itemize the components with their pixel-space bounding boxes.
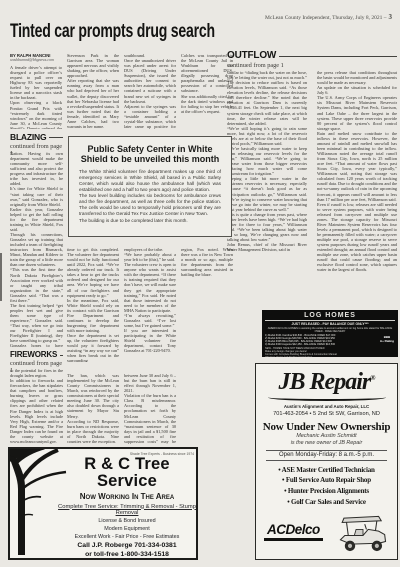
business-name: R & C Tree Service: [58, 456, 196, 491]
article-text: A female driver’s attempt to disregard a…: [10, 65, 62, 129]
blazing-continuation: time to get this completed. The voluntee…: [67, 247, 233, 362]
fireworks-column-2: The ban, which was implemented by the Mc…: [67, 373, 119, 445]
blazing-column: Nation. Having its own department would …: [10, 151, 63, 347]
bullet-item: • Golf Car Sales and Service: [256, 497, 397, 508]
ad-headline: Now Under New Ownership: [256, 421, 397, 433]
service-line: Complete Tree Service: Trimming & Remova…: [58, 504, 196, 516]
bullet-item: • ASE Master Certified Technician: [256, 465, 397, 476]
masthead-text: McLean County Independent, Thursday, Jul…: [265, 15, 386, 21]
box-headline: Public Safety Center in White Shield to …: [79, 144, 221, 165]
phone-number-tollfree: or toll-free 1-800-334-1518: [58, 551, 196, 558]
outflow-jump-header: OUTFLOW continued from page 1: [227, 50, 397, 69]
tinted-column-4: Calches was transported to the McLean Co…: [181, 53, 233, 129]
service-line: Modern Equipment: [58, 526, 196, 532]
log-homes-ad: LOG HOMES JUST RELEASED - PAY BALANCE DU…: [262, 310, 398, 357]
ad-content: Shade Tree Experts - Business since 1974…: [58, 451, 196, 560]
ad-subtitle: JUST RELEASED - PAY BALANCE DUE ONLY***: [265, 322, 395, 326]
registered-mark: ®: [370, 374, 374, 382]
rc-tree-service-ad: Shade Tree Experts - Business since 1974…: [8, 447, 198, 560]
masthead: McLean County Independent, Thursday, Jul…: [265, 13, 392, 21]
public-safety-box: Public Safety Center in White Shield to …: [68, 136, 232, 237]
fireworks-label: FIREWORKS: [10, 350, 57, 359]
bullet-item: • Full Service Auto Repair Shop: [256, 475, 397, 486]
header-rule: [60, 355, 63, 356]
bullet-item: • Hunter Precision Alignments: [256, 486, 397, 497]
service-line: Excellent Work - Fair Price - Free Estim…: [58, 534, 196, 540]
ad-tagline: Austin's Alignment and Auto Repair, LLC: [256, 404, 397, 409]
blazing-mid-column-1: time to get this completed. The voluntee…: [67, 247, 119, 362]
outflow-article: similar to “dialing back the water on th…: [227, 70, 397, 306]
article-text: Stevenson Park in the Garrison area. The…: [67, 53, 119, 129]
byline-email: washburnnd@bhgnews.com: [10, 58, 62, 62]
logo-swoosh: [268, 394, 386, 401]
ad-title: LOG HOMES: [265, 312, 395, 321]
tinted-column-3: southbound. Once the unauthorized driver…: [124, 53, 176, 129]
golf-cart-icon: [337, 512, 389, 552]
continued-note: continued from page 1: [227, 62, 397, 69]
blazing-label: BLAZING: [10, 132, 46, 142]
tinted-column-1: BY RALPH MANCINI washburnnd@bhgnews.com …: [10, 53, 62, 129]
ad-intro: AMERICAN LOG HOMES is assisting the esta…: [265, 327, 395, 333]
bbb-rating: BBB A+ Rating: [380, 336, 394, 343]
owner-note-1: Mechanic Austin Schmidt: [256, 433, 397, 440]
acdelco-logo: ACDelco: [264, 522, 323, 541]
ad-notes: NEW - HOMES HAVE NOT BEEN MANUFACTURED M…: [265, 347, 395, 357]
blazing-mid-column-2: employees of the tribe. “We have probabl…: [124, 247, 176, 362]
ad-subtitle: Now Working In The Area: [58, 492, 196, 501]
page-number: 3: [389, 13, 393, 21]
service-bullets: • ASE Master Certified Technician • Full…: [256, 465, 397, 508]
blazing-mid-column-3: region, Fox noted. When there was a fire…: [181, 247, 233, 362]
hours-line: Open Monday-Friday: 8 a.m.-5 p.m.: [266, 450, 387, 461]
fireworks-column-3: between June 30 and July 6 – but the bur…: [124, 373, 176, 445]
model-list: 1) Model #101 Carolina $40,840 - BALANCE…: [265, 334, 395, 347]
main-headline: Tinted car prompts drug search: [10, 21, 232, 43]
address-phone: 701-463-2054 • 5 2nd St SW, Garrison, ND: [256, 411, 397, 417]
header-rule: [49, 137, 63, 138]
box-body-text: The White Shield volunteer fire departme…: [79, 169, 221, 224]
ad-footer: ACDelco: [256, 508, 397, 552]
outflow-column-2: the press release that conditions throug…: [317, 70, 397, 306]
logo-text: JB Repair: [279, 369, 371, 395]
outflow-label: OUTFLOW: [227, 50, 276, 61]
newspaper-page: McLean County Independent, Thursday, Jul…: [0, 0, 400, 567]
jb-repair-ad: JB Repair® Austin's Alignment and Auto R…: [255, 363, 398, 560]
article-text: southbound. Once the unauthorized driver…: [124, 53, 176, 129]
fireworks-continuation: The ban, which was implemented by the Mc…: [67, 373, 176, 445]
article-text: Calches was transported to the McLean Co…: [181, 53, 233, 114]
owner-note-2: is the new owner of JB Repair: [256, 440, 397, 447]
service-line: License & Bond Insured: [58, 518, 196, 524]
outflow-column-1: similar to “dialing back the water on th…: [227, 70, 307, 306]
scan-smudge: [0, 253, 2, 301]
tinted-column-2: Stevenson Park in the Garrison area. The…: [67, 53, 119, 129]
phone-number: Call J.P. Roberge 701-334-0381: [58, 542, 196, 549]
jb-repair-logo: JB Repair®: [256, 370, 397, 394]
fireworks-column-1: to the potential for fires in the drough…: [10, 368, 63, 446]
header-rule: [279, 56, 397, 57]
tinted-article: BY RALPH MANCINI washburnnd@bhgnews.com …: [10, 53, 234, 129]
